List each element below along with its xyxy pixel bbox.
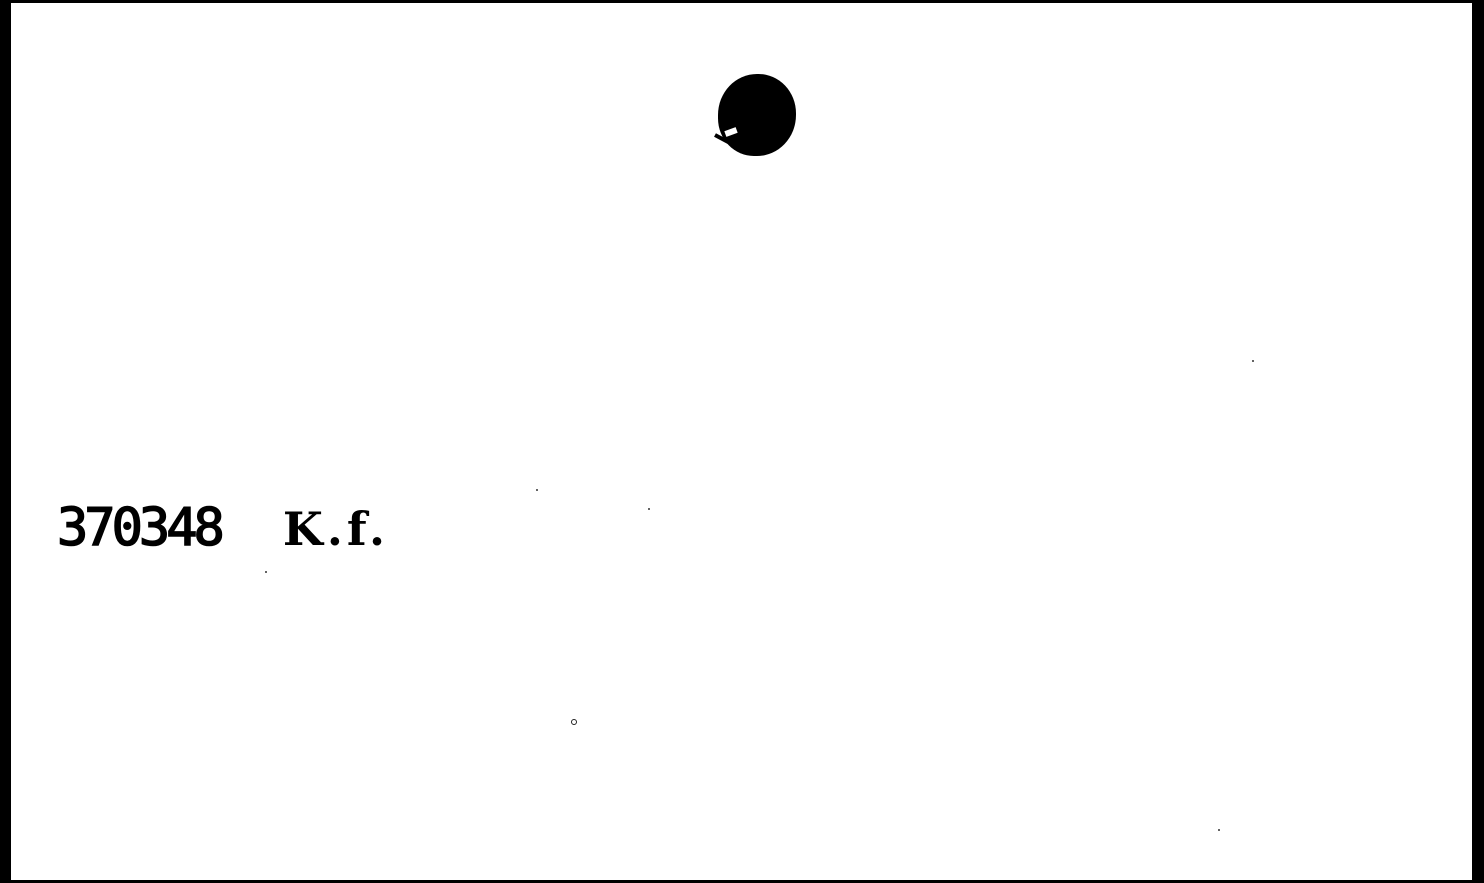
card-entry-line: 370348 K.f. (57, 498, 389, 558)
scan-speck (571, 719, 577, 725)
classification-code: K.f. (283, 502, 389, 556)
accession-number: 370348 (57, 498, 221, 558)
scan-speck (1252, 360, 1254, 362)
scan-speck (1218, 829, 1220, 831)
index-card: 370348 K.f. (11, 3, 1472, 880)
scan-speck (648, 508, 650, 510)
scan-speck (536, 489, 538, 491)
scan-speck (265, 571, 267, 573)
